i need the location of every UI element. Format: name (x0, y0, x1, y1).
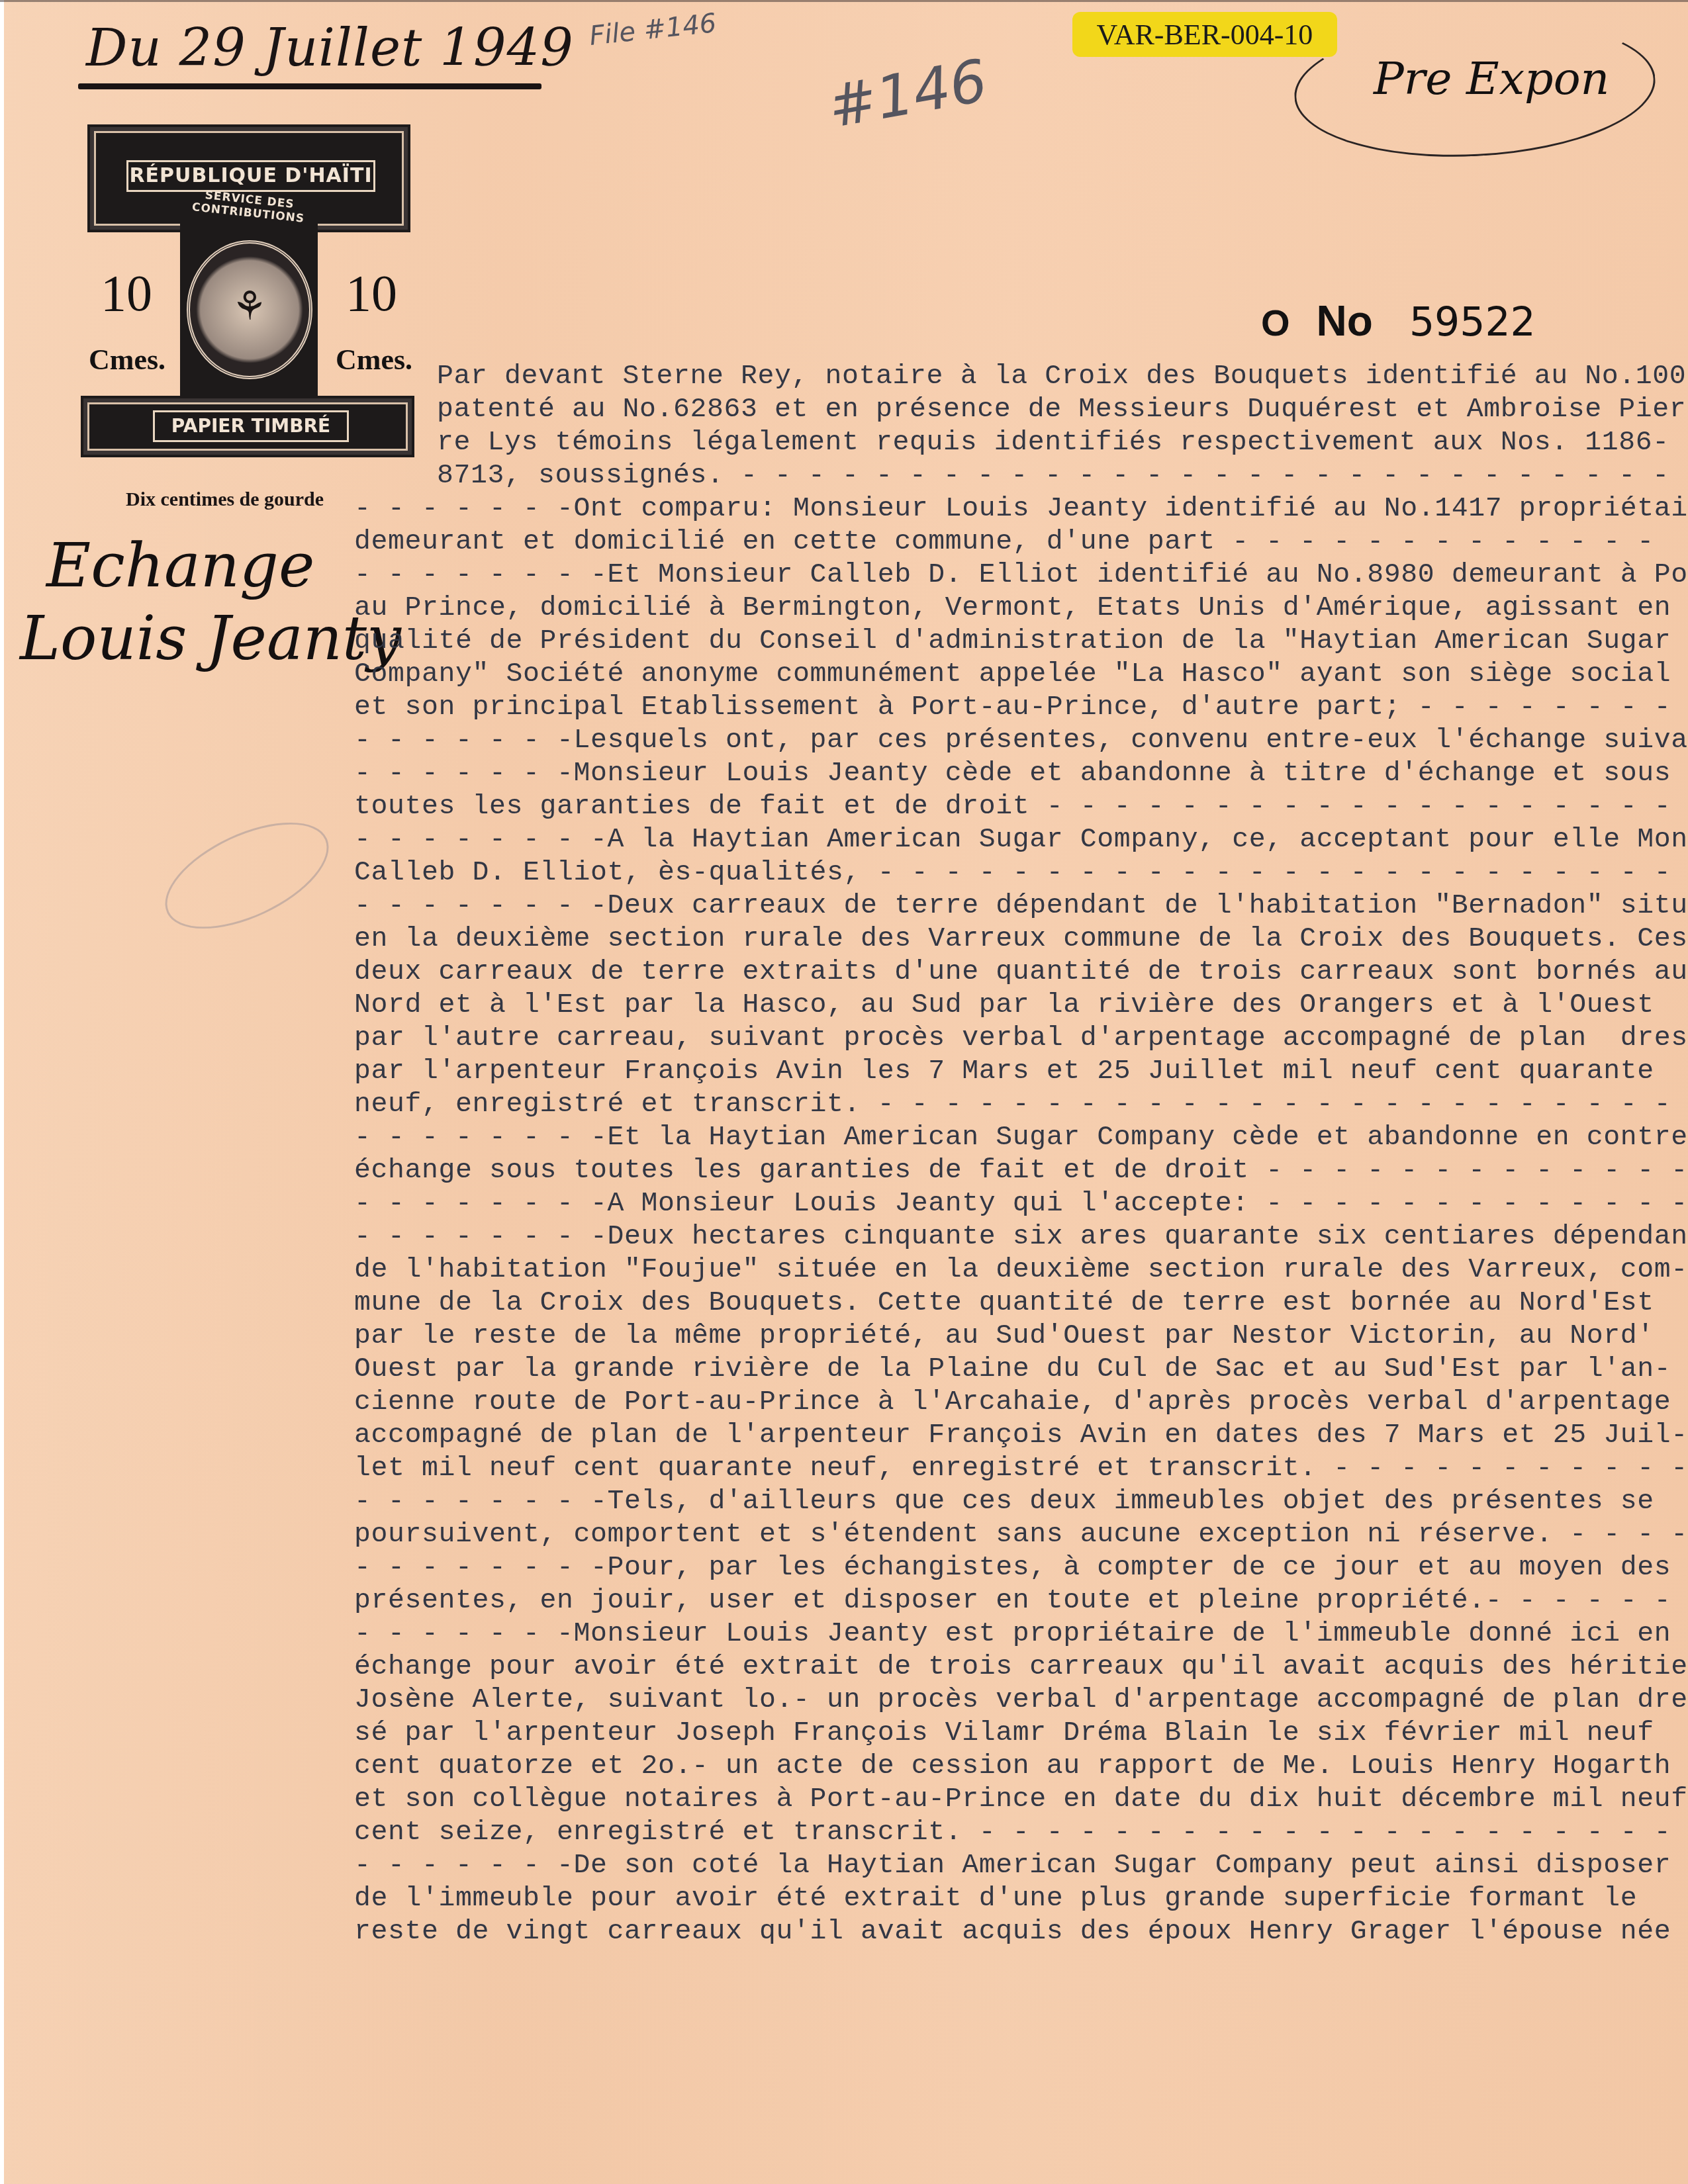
pencil-scribble (150, 801, 344, 951)
text-line: Company" Société anonyme communément app… (354, 659, 1671, 692)
text-line: - - - - - - -De son coté la Haytian Amer… (354, 1850, 1671, 1883)
text-line: qualité de Président du Conseil d'admini… (354, 625, 1671, 659)
reference-label: VAR-BER-004-10 (1072, 12, 1337, 57)
text-line: neuf, enregistré et transcrit. - - - - -… (354, 1089, 1671, 1122)
text-line: Par devant Sterne Rey, notaire à la Croi… (437, 361, 1686, 394)
serial-prefix: O (1261, 302, 1290, 343)
text-line: et son collègue notaires à Port-au-Princ… (354, 1784, 1688, 1817)
serial-number: ONo59522 (1261, 296, 1536, 345)
margin-title-line1: Echange (46, 529, 401, 602)
margin-title-line2: Louis Jeanty (20, 602, 401, 675)
stamp-value-left: 10 (101, 263, 152, 323)
text-line: - - - - - - - -Tels, d'ailleurs que ces … (354, 1486, 1654, 1519)
text-line: reste de vingt carreaux qu'il avait acqu… (354, 1916, 1671, 1949)
text-line: - - - - - - - -Pour, par les échangistes… (354, 1552, 1671, 1585)
text-line: accompagné de plan de l'arpenteur Franço… (354, 1420, 1688, 1453)
coat-of-arms-icon: ⚘ (187, 240, 312, 379)
text-line: cent quatorze et 2o.- un acte de cession… (354, 1751, 1671, 1784)
text-line: toutes les garanties de fait et de droit… (354, 791, 1671, 824)
text-line: - - - - - - - -Et Monsieur Calleb D. Ell… (354, 559, 1688, 592)
text-line: - - - - - - -Lesquels ont, par ces prése… (354, 725, 1688, 758)
text-line: par le reste de la même propriété, au Su… (354, 1320, 1654, 1353)
serial-label: No (1317, 297, 1373, 345)
text-line: patenté au No.62863 et en présence de Me… (437, 394, 1688, 427)
text-line: let mil neuf cent quarante neuf, enregis… (354, 1453, 1688, 1486)
text-line: cent seize, enregistré et transcrit. - -… (354, 1817, 1671, 1850)
circled-annotation: Pre Expon (1374, 53, 1609, 105)
text-line: au Prince, domicilié à Bermington, Vermo… (354, 592, 1671, 625)
revenue-stamp: RÉPUBLIQUE D'HAÏTI SERVICE DES CONTRIBUT… (81, 124, 412, 495)
stamp-unit-left: Cmes. (89, 343, 165, 377)
text-line: - - - - - - -Ont comparu: Monsieur Louis… (354, 493, 1688, 526)
stamp-footer-label: PAPIER TIMBRÉ (153, 410, 349, 442)
text-line: - - - - - - - -A la Haytian American Sug… (354, 824, 1688, 857)
text-line: Ouest par la grande rivière de la Plaine… (354, 1353, 1671, 1387)
text-line: - - - - - - -Monsieur Louis Jeanty est p… (354, 1618, 1671, 1651)
text-line: par l'arpenteur François Avin les 7 Mars… (354, 1056, 1654, 1089)
text-line: - - - - - - - -Deux carreaux de terre dé… (354, 890, 1688, 923)
palm-tree-icon: ⚘ (223, 280, 276, 333)
text-line: Nord et à l'Est par la Hasco, au Sud par… (354, 989, 1654, 1023)
text-line: et son principal Etablissement à Port-au… (354, 692, 1671, 725)
text-line: - - - - - - - -Et la Haytian American Su… (354, 1122, 1688, 1155)
text-line: par l'autre carreau, suivant procès verb… (354, 1023, 1688, 1056)
text-line: cienne route de Port-au-Prince à l'Arcah… (354, 1387, 1671, 1420)
stamp-caption: Dix centimes de gourde (126, 488, 324, 511)
text-line: re Lys témoins légalement requis identif… (437, 427, 1669, 460)
text-line: deux carreaux de terre extraits d'une qu… (354, 956, 1688, 989)
stamp-unit-right: Cmes. (336, 343, 412, 377)
text-line: - - - - - - - -Deux hectares cinquante s… (354, 1221, 1688, 1254)
text-line: de l'habitation "Foujue" située en la de… (354, 1254, 1688, 1287)
serial-value: 59522 (1409, 299, 1536, 345)
pencil-file-note: File #146 (588, 8, 718, 52)
page-top-edge (0, 0, 1688, 2)
text-line: - - - - - - -Monsieur Louis Jeanty cède … (354, 758, 1671, 791)
text-line: - - - - - - - -A Monsieur Louis Jeanty q… (354, 1188, 1688, 1221)
text-line: présentes, en jouir, user et disposer en… (354, 1585, 1671, 1618)
text-line: échange sous toutes les garanties de fai… (354, 1155, 1688, 1188)
text-line: Josène Alerte, suivant lo.- un procès ve… (354, 1684, 1688, 1717)
text-line: de l'immeuble pour avoir été extrait d'u… (354, 1883, 1637, 1916)
stamp-header: RÉPUBLIQUE D'HAÏTI SERVICE DES CONTRIBUT… (87, 124, 410, 232)
text-line: Calleb D. Elliot, ès-qualités, - - - - -… (354, 857, 1671, 890)
text-line: échange pour avoir été extrait de trois … (354, 1651, 1688, 1684)
date-underline (78, 83, 541, 89)
stamp-footer: PAPIER TIMBRÉ (81, 396, 414, 457)
page-edge (0, 0, 4, 2184)
text-line: poursuivent, comportent et s'étendent sa… (354, 1519, 1688, 1552)
text-line: 8713, soussignés. - - - - - - - - - - - … (437, 460, 1669, 493)
text-line: en la deuxième section rurale des Varreu… (354, 923, 1688, 956)
stamp-value-right: 10 (346, 263, 397, 323)
margin-title: Echange Louis Jeanty (46, 529, 401, 675)
text-line: sé par l'arpenteur Joseph François Vilam… (354, 1717, 1654, 1751)
text-line: demeurant et domicilié en cette commune,… (354, 526, 1654, 559)
pencil-number-note: #146 (823, 46, 992, 141)
handwritten-date: Du 29 Juillet 1949 (86, 19, 574, 78)
text-line: mune de la Croix des Bouquets. Cette qua… (354, 1287, 1654, 1320)
